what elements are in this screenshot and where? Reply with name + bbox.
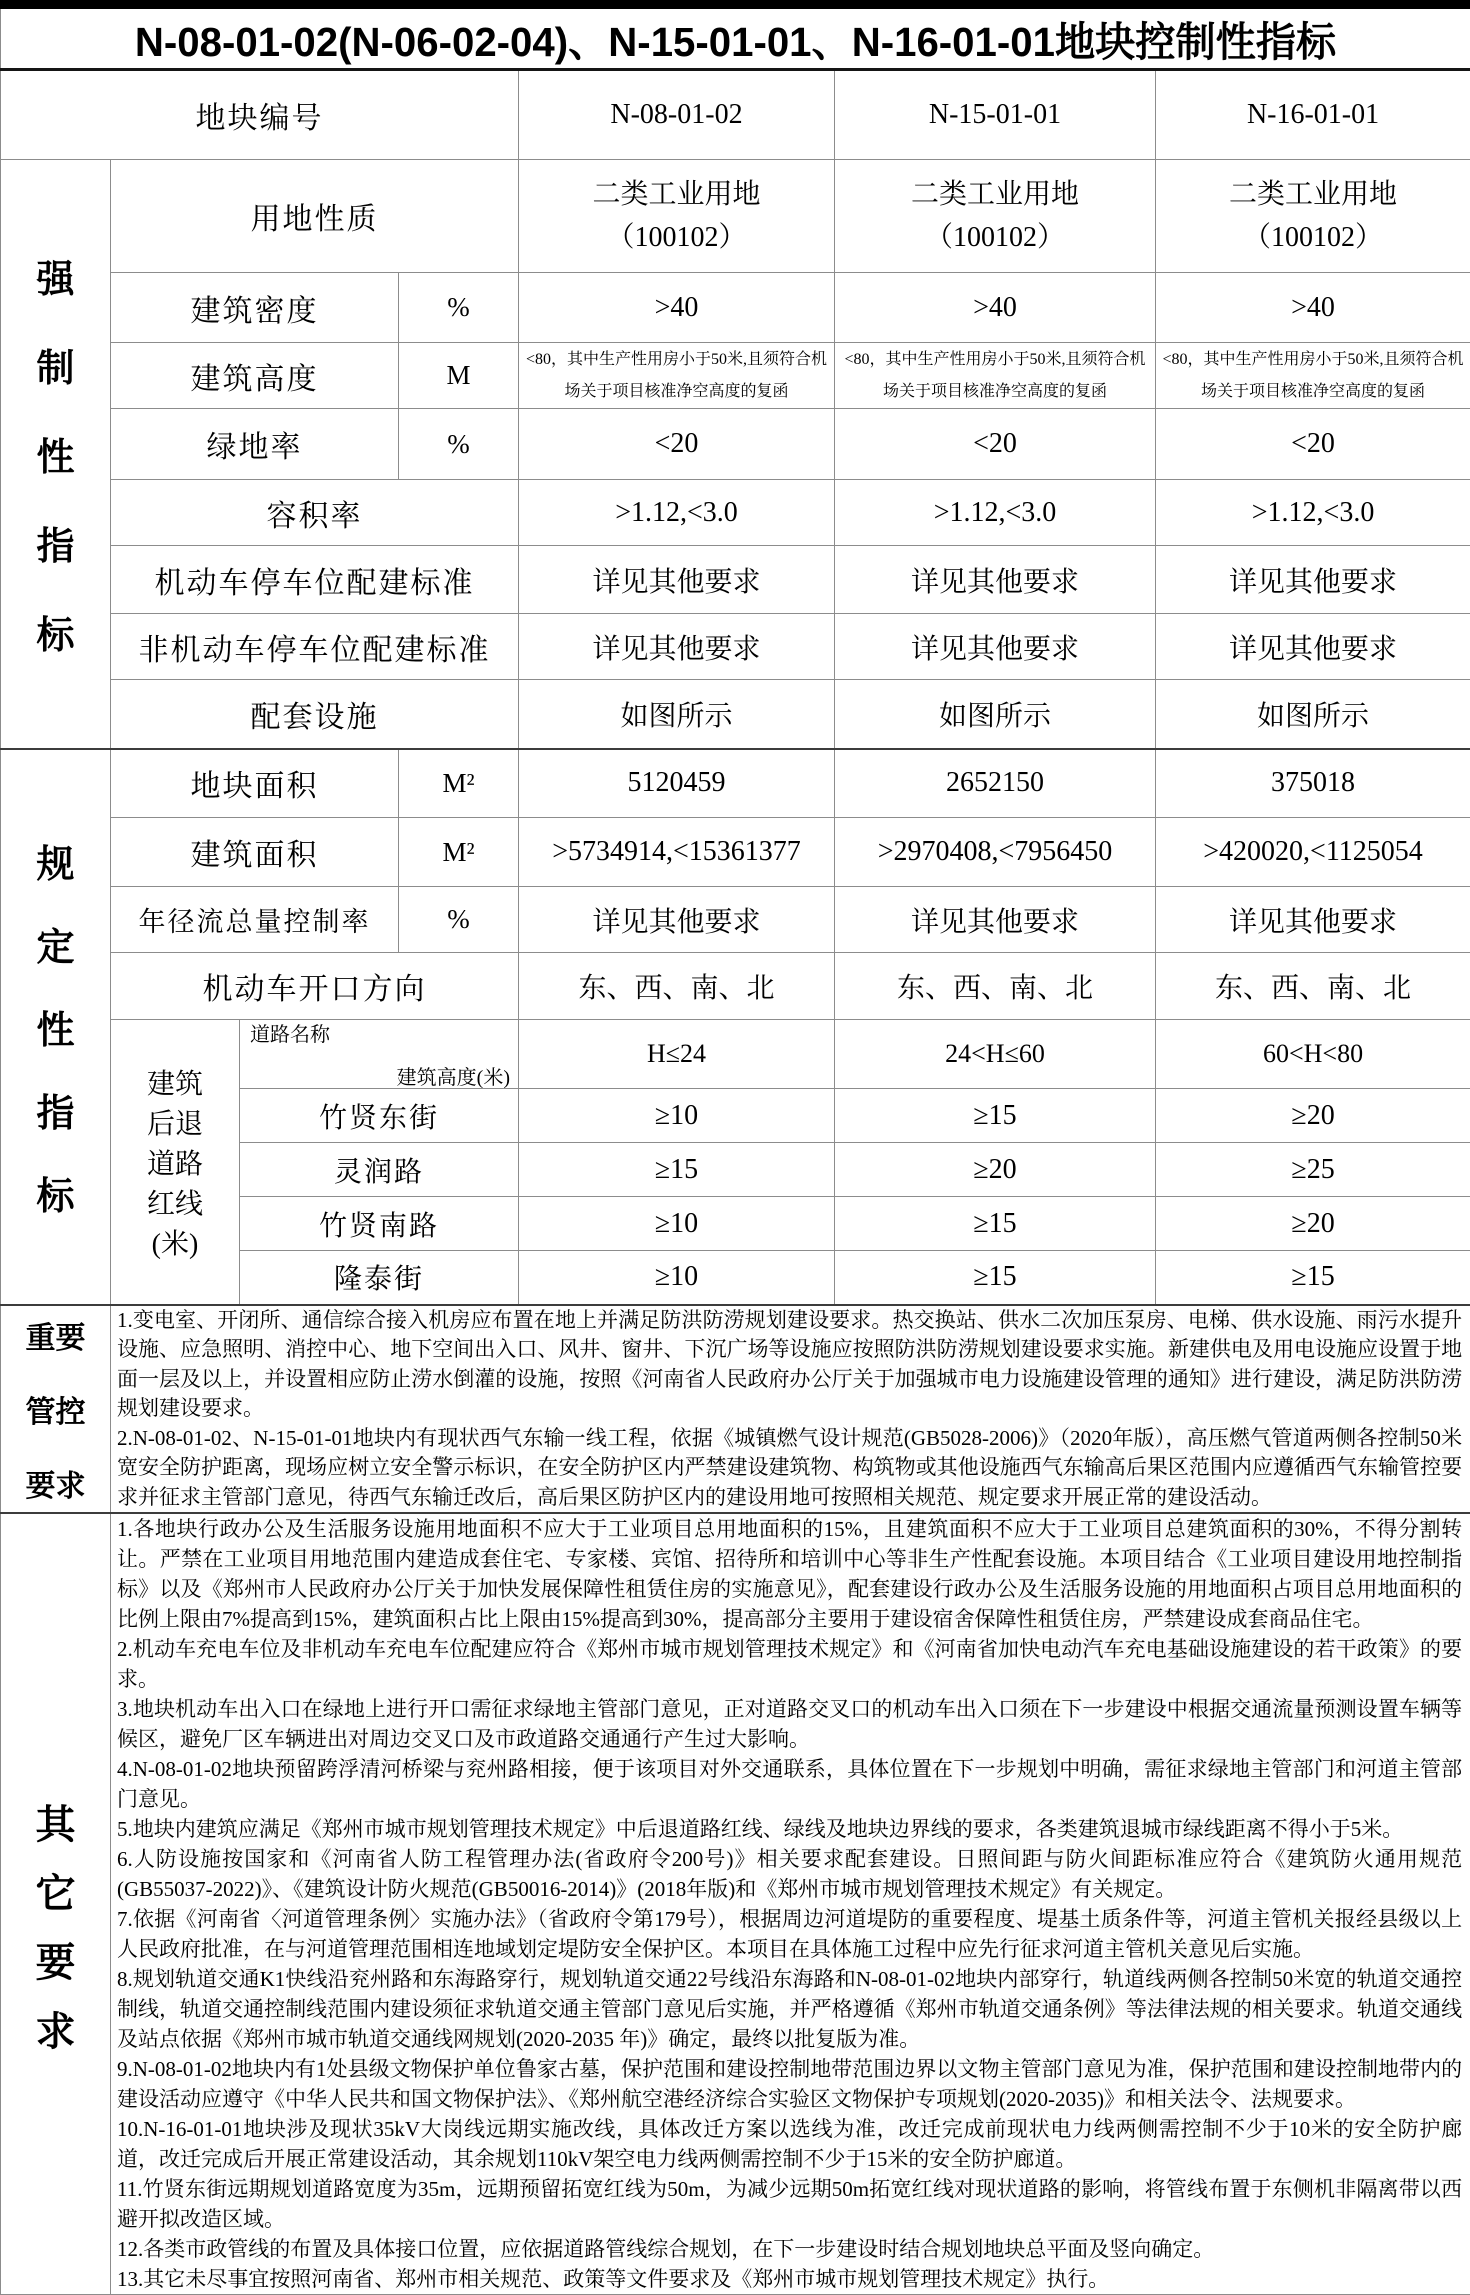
- indicator-value: >40: [519, 273, 835, 343]
- setback-value: ≥15: [519, 1143, 835, 1197]
- indicator-label: 建筑密度: [111, 273, 399, 343]
- setback-value: ≥20: [1156, 1197, 1470, 1251]
- indicator-value: 详见其他要求: [519, 887, 835, 953]
- corner-bottom-label: 道路名称: [250, 1020, 330, 1048]
- indicator-value: 375018: [1156, 749, 1470, 818]
- indicator-unit: M²: [399, 818, 519, 887]
- indicator-value: 2652150: [835, 749, 1156, 818]
- plot-control-sheet: N-08-01-02(N-06-02-04)、N-15-01-01、N-16-0…: [0, 0, 1470, 2295]
- indicator-value: 东、西、南、北: [519, 953, 835, 1020]
- section-char: 求: [36, 2000, 76, 2057]
- section-label-other: 其 它 要 求: [1, 1513, 111, 2295]
- other-req-item: 5.地块内建筑应满足《郑州市城市规划管理技术规定》中后退道路红线、绿线及地块边界…: [111, 1814, 1470, 1844]
- height-col-header: 60<H<80: [1156, 1020, 1470, 1089]
- indicator-value: 如图所示: [1156, 680, 1470, 749]
- page-title: N-08-01-02(N-06-02-04)、N-15-01-01、N-16-0…: [16, 9, 1456, 68]
- indicator-value: 详见其他要求: [1156, 614, 1470, 680]
- section-char: 标: [36, 604, 74, 659]
- section-char: 标: [36, 1165, 74, 1220]
- indicator-value: 东、西、南、北: [835, 953, 1156, 1020]
- section-char: 强: [36, 248, 74, 303]
- plot-number-value: N-08-01-02: [519, 70, 835, 160]
- indicator-value: <80，其中生产性用房小于50米,且须符合机场关于项目核准净空高度的复函: [1156, 343, 1470, 409]
- section-char: 它: [36, 1862, 76, 1919]
- section-label-mandatory: 强 制 性 指 标: [1, 160, 111, 749]
- indicator-label: 非机动车停车位配建标准: [111, 614, 519, 680]
- indicator-value: 如图所示: [519, 680, 835, 749]
- road-name: 隆泰街: [240, 1251, 519, 1305]
- section-char: 定: [36, 916, 74, 971]
- other-req-item: 6.人防设施按国家和《河南省人防工程管理办法(省政府令200号)》相关要求配套建…: [111, 1844, 1470, 1904]
- other-req-item: 8.规划轨道交通K1快线沿兖州路和东海路穿行，规划轨道交通22号线沿东海路和N-…: [111, 1964, 1470, 2054]
- indicator-value: >1.12,<3.0: [519, 480, 835, 546]
- indicator-value: 详见其他要求: [519, 614, 835, 680]
- setback-value: ≥15: [1156, 1251, 1470, 1305]
- setback-label: 建筑 后退 道路 红线 (米): [111, 1020, 240, 1305]
- setback-value: ≥15: [835, 1251, 1156, 1305]
- indicator-value: 东、西、南、北: [1156, 953, 1470, 1020]
- section-char: 性: [36, 999, 74, 1054]
- other-req-item: 3.地块机动车出入口在绿地上进行开口需征求绿地主管部门意见，正对道路交叉口的机动…: [111, 1694, 1470, 1754]
- indicator-value: 详见其他要求: [835, 546, 1156, 614]
- key-control-text-cell: 1.变电室、开闭所、通信综合接入机房应布置在地上并满足防洪防涝规划建设要求。热交…: [111, 1305, 1470, 1514]
- indicator-label: 容积率: [111, 480, 519, 546]
- indicator-unit: M²: [399, 749, 519, 818]
- section-line: 重要: [26, 1313, 86, 1357]
- road-name: 竹贤东街: [240, 1089, 519, 1143]
- setback-label-line: (米): [111, 1222, 239, 1262]
- section-label-regulatory: 规 定 性 指 标: [1, 749, 111, 1305]
- other-req-item: 13.其它未尽事宜按照河南省、郑州市相关规范、政策等文件要求及《郑州市城市规划管…: [111, 2264, 1470, 2294]
- section-line: 管控: [26, 1387, 86, 1431]
- other-req-item: 9.N-08-01-02地块内有1处县级文物保护单位鲁家古墓，保护范围和建设控制…: [111, 2054, 1470, 2114]
- plot-number-value: N-15-01-01: [835, 70, 1156, 160]
- indicator-value: 二类工业用地 （100102）: [1156, 160, 1470, 273]
- indicator-value: 详见其他要求: [835, 887, 1156, 953]
- other-req-item: 2.机动车充电车位及非机动车充电车位配建应符合《郑州市城市规划管理技术规定》和《…: [111, 1634, 1470, 1694]
- road-name: 灵润路: [240, 1143, 519, 1197]
- section-char: 规: [36, 833, 74, 888]
- indicator-value: 如图所示: [835, 680, 1156, 749]
- indicator-value: <20: [1156, 409, 1470, 480]
- other-req-item: 4.N-08-01-02地块预留跨浮清河桥梁与兖州路相接，便于该项目对外交通联系…: [111, 1754, 1470, 1814]
- indicator-value: 详见其他要求: [835, 614, 1156, 680]
- setback-label-line: 红线: [111, 1182, 239, 1222]
- indicator-label: 用地性质: [111, 160, 519, 273]
- setback-value: ≥10: [519, 1089, 835, 1143]
- setback-value: ≥15: [835, 1089, 1156, 1143]
- other-req-item: 10.N-16-01-01地块涉及现状35kV大岗线远期实施改线，具体改迁方案以…: [111, 2114, 1470, 2174]
- setback-value: ≥15: [835, 1197, 1156, 1251]
- indicator-value: >1.12,<3.0: [835, 480, 1156, 546]
- indicator-unit: %: [399, 273, 519, 343]
- setback-value: ≥20: [835, 1143, 1156, 1197]
- setback-label-line: 道路: [111, 1142, 239, 1182]
- indicator-value: >1.12,<3.0: [1156, 480, 1470, 546]
- indicator-value: 详见其他要求: [519, 546, 835, 614]
- indicator-value: 详见其他要求: [1156, 887, 1470, 953]
- other-req-item: 11.竹贤东街远期规划道路宽度为35m，远期预留拓宽红线为50m，为减少远期50…: [111, 2174, 1470, 2234]
- section-char: 其: [36, 1793, 76, 1850]
- sheet-title-cell: N-08-01-02(N-06-02-04)、N-15-01-01、N-16-0…: [1, 5, 1470, 70]
- indicator-value: >5734914,<15361377: [519, 818, 835, 887]
- section-label-key-control: 重要 管控 要求: [1, 1305, 111, 1514]
- indicator-value: 5120459: [519, 749, 835, 818]
- setback-value: ≥20: [1156, 1089, 1470, 1143]
- section-char: 性: [36, 426, 74, 481]
- plot-number-label: 地块编号: [1, 70, 519, 160]
- indicator-value: 二类工业用地 （100102）: [519, 160, 835, 273]
- key-control-item: 1.变电室、开闭所、通信综合接入机房应布置在地上并满足防洪防涝规划建设要求。热交…: [111, 1306, 1470, 1424]
- corner-top-label: 建筑高度(米): [397, 1061, 510, 1089]
- control-indicator-table: N-08-01-02(N-06-02-04)、N-15-01-01、N-16-0…: [0, 0, 1470, 2295]
- indicator-unit: %: [399, 409, 519, 480]
- section-char: 指: [36, 515, 74, 570]
- indicator-label: 配套设施: [111, 680, 519, 749]
- indicator-value: 二类工业用地 （100102）: [835, 160, 1156, 273]
- indicator-value: >40: [1156, 273, 1470, 343]
- indicator-value: >40: [835, 273, 1156, 343]
- indicator-value: <20: [835, 409, 1156, 480]
- indicator-value: <20: [519, 409, 835, 480]
- section-line: 要求: [26, 1461, 86, 1505]
- setback-value: ≥10: [519, 1197, 835, 1251]
- indicator-value: >420020,<1125054: [1156, 818, 1470, 887]
- height-col-header: H≤24: [519, 1020, 835, 1089]
- indicator-value: >2970408,<7956450: [835, 818, 1156, 887]
- road-name: 竹贤南路: [240, 1197, 519, 1251]
- indicator-label: 建筑面积: [111, 818, 399, 887]
- indicator-unit: %: [399, 887, 519, 953]
- other-req-item: 12.各类市政管线的布置及具体接口位置，应依据道路管线综合规划，在下一步建设时结…: [111, 2234, 1470, 2264]
- other-req-item: 7.依据《河南省〈河道管理条例〉实施办法》（省政府令第179号），根据周边河道堤…: [111, 1904, 1470, 1964]
- other-req-text-cell: 1.各地块行政办公及生活服务设施用地面积不应大于工业项目总用地面积的15%，且建…: [111, 1513, 1470, 2295]
- indicator-value: <80，其中生产性用房小于50米,且须符合机场关于项目核准净空高度的复函: [835, 343, 1156, 409]
- section-char: 要: [36, 1931, 76, 1988]
- setback-label-line: 后退: [111, 1102, 239, 1142]
- indicator-label: 机动车停车位配建标准: [111, 546, 519, 614]
- setback-value: ≥10: [519, 1251, 835, 1305]
- indicator-label: 建筑高度: [111, 343, 399, 409]
- other-req-item: 1.各地块行政办公及生活服务设施用地面积不应大于工业项目总用地面积的15%，且建…: [111, 1514, 1470, 1634]
- section-char: 制: [36, 337, 74, 392]
- height-col-header: 24<H≤60: [835, 1020, 1156, 1089]
- indicator-value: 详见其他要求: [1156, 546, 1470, 614]
- indicator-label: 绿地率: [111, 409, 399, 480]
- key-control-item: 2.N-08-01-02、N-15-01-01地块内有现状西气东输一线工程，依据…: [111, 1424, 1470, 1513]
- setback-corner-cell: 建筑高度(米) 道路名称: [240, 1020, 519, 1089]
- indicator-label: 机动车开口方向: [111, 953, 519, 1020]
- indicator-value: <80，其中生产性用房小于50米,且须符合机场关于项目核准净空高度的复函: [519, 343, 835, 409]
- indicator-label: 年径流总量控制率: [111, 887, 399, 953]
- plot-number-value: N-16-01-01: [1156, 70, 1470, 160]
- section-char: 指: [36, 1082, 74, 1137]
- indicator-label: 地块面积: [111, 749, 399, 818]
- indicator-unit: M: [399, 343, 519, 409]
- setback-label-line: 建筑: [111, 1062, 239, 1102]
- setback-value: ≥25: [1156, 1143, 1470, 1197]
